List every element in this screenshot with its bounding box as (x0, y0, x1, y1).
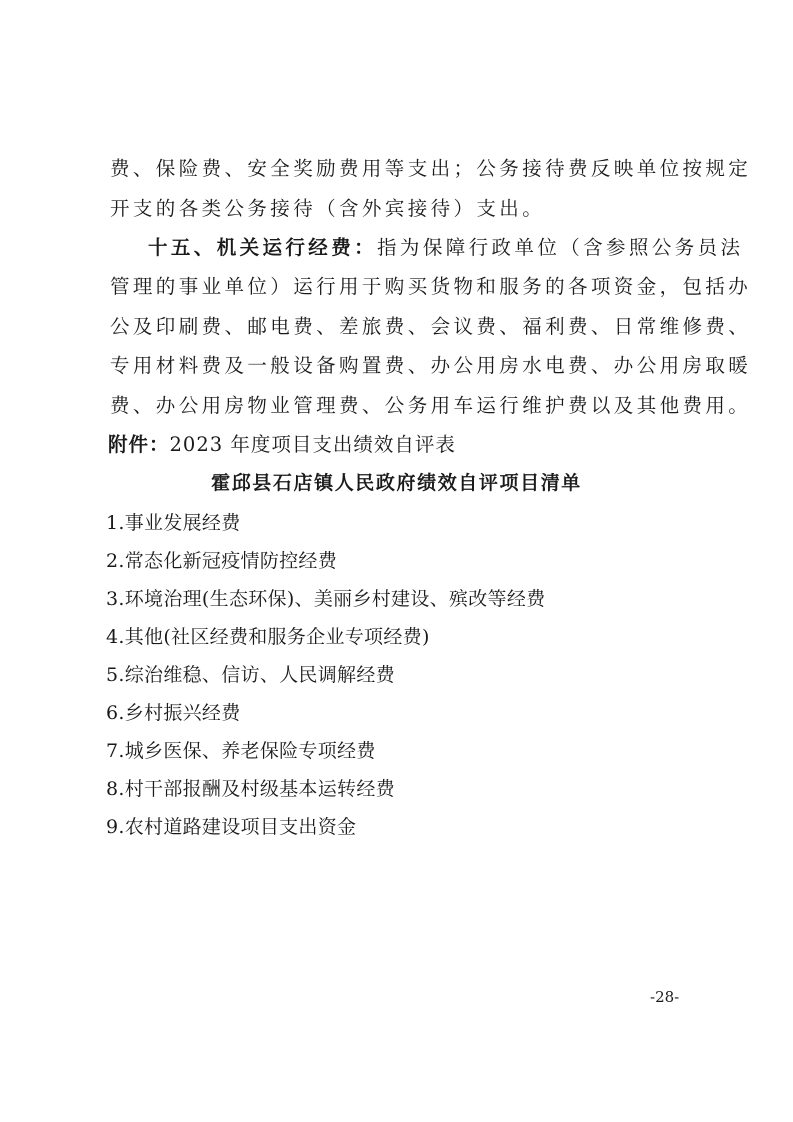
list-item: 8.村干部报酬及村级基本运转经费 (106, 777, 395, 801)
section-15-text: 指为保障行政单位（含参照公务员法 (377, 236, 743, 259)
page-number: -28- (650, 987, 679, 1007)
list-item: 7.城乡医保、养老保险专项经费 (106, 739, 376, 763)
document-page: 费、保险费、安全奖励费用等支出；公务接待费反映单位按规定 开支的各类公务接待（含… (0, 0, 793, 1122)
section-15-heading: 十五、机关运行经费： (148, 236, 377, 259)
paragraph-line: 管理的事业单位）运行用于购买货物和服务的各项资金，包括办 (110, 275, 690, 299)
attachment-label: 附件： (108, 433, 170, 456)
list-item: 3.环境治理(生态环保)、美丽乡村建设、殡改等经费 (106, 587, 545, 611)
paragraph-line: 公及印刷费、邮电费、差旅费、会议费、福利费、日常维修费、 (110, 315, 690, 339)
list-item: 9.农村道路建设项目支出资金 (106, 815, 356, 839)
paragraph-line: 费、保险费、安全奖励费用等支出；公务接待费反映单位按规定 (110, 157, 690, 181)
list-item: 1.事业发展经费 (106, 511, 241, 535)
paragraph-line: 费、办公用房物业管理费、公务用车运行维护费以及其他费用。 (110, 394, 690, 418)
attachment-text: 2023 年度项目支出绩效自评表 (170, 433, 456, 456)
project-list-title: 霍邱县石店镇人民政府绩效自评项目清单 (0, 471, 793, 495)
list-item: 5.综治维稳、信访、人民调解经费 (106, 663, 395, 687)
attachment-line: 附件：2023 年度项目支出绩效自评表 (108, 433, 688, 457)
section-15-first-line: 十五、机关运行经费：指为保障行政单位（含参照公务员法 (148, 236, 728, 260)
list-item: 4.其他(社区经费和服务企业专项经费) (106, 625, 430, 649)
list-item: 6.乡村振兴经费 (106, 701, 241, 725)
paragraph-line: 专用材料费及一般设备购置费、办公用房水电费、办公用房取暖 (110, 354, 690, 378)
list-item: 2.常态化新冠疫情防控经费 (106, 549, 337, 573)
paragraph-line: 开支的各类公务接待（含外宾接待）支出。 (110, 197, 690, 221)
